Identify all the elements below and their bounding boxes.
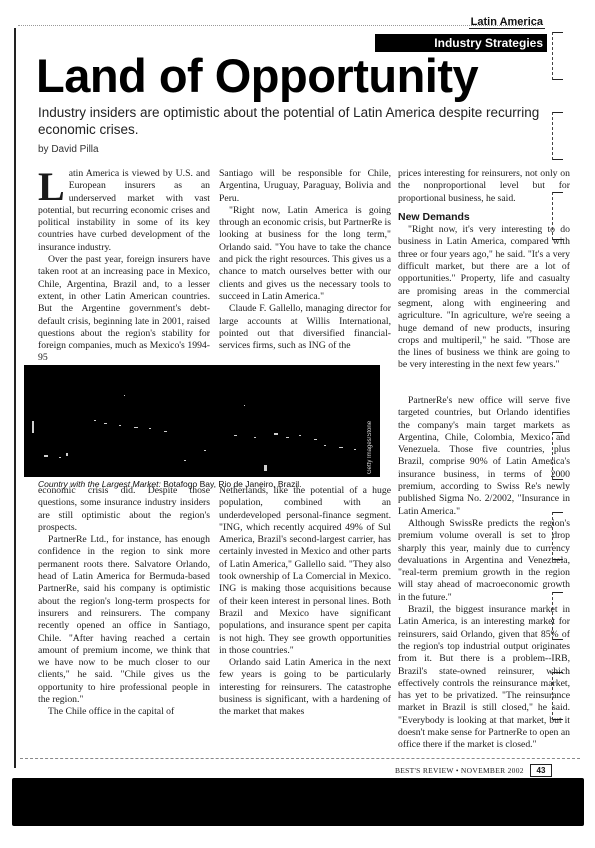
paragraph: Orlando said Latin America in the next f… [219, 657, 391, 718]
paragraph: PartnerRe Ltd., for instance, has enough… [38, 534, 210, 706]
article-deck: Industry insiders are optimistic about t… [38, 104, 558, 138]
column-2-top: Santiago will be responsible for Chile, … [219, 168, 391, 352]
drop-cap: L [38, 170, 65, 204]
column-3-top: prices interesting for reinsurers, not o… [398, 168, 570, 372]
publication-footer: BEST'S REVIEW • NOVEMBER 2002 [395, 766, 524, 775]
magazine-page: Latin America Industry Strategies Land o… [0, 0, 595, 848]
bottom-scan-border [20, 758, 580, 765]
article-title: Land of Opportunity [36, 50, 478, 102]
left-margin-rule [14, 28, 16, 768]
column-2-bottom: Netherlands, like the potential of a hug… [219, 485, 391, 719]
paragraph: PartnerRe's new office will serve five t… [398, 395, 570, 518]
photo-botafogo-bay [24, 365, 380, 477]
photo-credit: Getty Images/Stone [367, 368, 379, 474]
paragraph: prices interesting for reinsurers, not o… [398, 168, 570, 205]
top-scan-border [18, 25, 538, 30]
page-number: 43 [530, 764, 552, 777]
paragraph: "Right now, Latin America is going throu… [219, 205, 391, 303]
byline: by David Pilla [38, 144, 99, 155]
paragraph: The Chile office in the capital of [38, 706, 210, 718]
night-city-image [24, 365, 380, 477]
column-3-bottom: PartnerRe's new office will serve five t… [398, 395, 570, 752]
paragraph: Over the past year, foreign insurers hav… [38, 254, 210, 365]
paragraph: economic crisis did. Despite those quest… [38, 485, 210, 534]
paragraph: Claude F. Gallello, managing director fo… [219, 303, 391, 352]
paragraph: Although SwissRe predicts the region's p… [398, 518, 570, 604]
subheading: New Demands [398, 211, 570, 223]
scan-black-band [12, 778, 584, 826]
section-kicker: Latin America [469, 16, 545, 29]
paragraph: Netherlands, like the potential of a hug… [219, 485, 391, 657]
paragraph: "Right now, it's very interesting to do … [398, 224, 570, 372]
scan-tab-edge [552, 32, 566, 772]
column-1-bottom: economic crisis did. Despite those quest… [38, 485, 210, 719]
paragraph: Brazil, the biggest insurance market in … [398, 604, 570, 752]
paragraph: Latin America is viewed by U.S. and Euro… [38, 168, 210, 254]
paragraph: Santiago will be responsible for Chile, … [219, 168, 391, 205]
column-1-top: Latin America is viewed by U.S. and Euro… [38, 168, 210, 365]
